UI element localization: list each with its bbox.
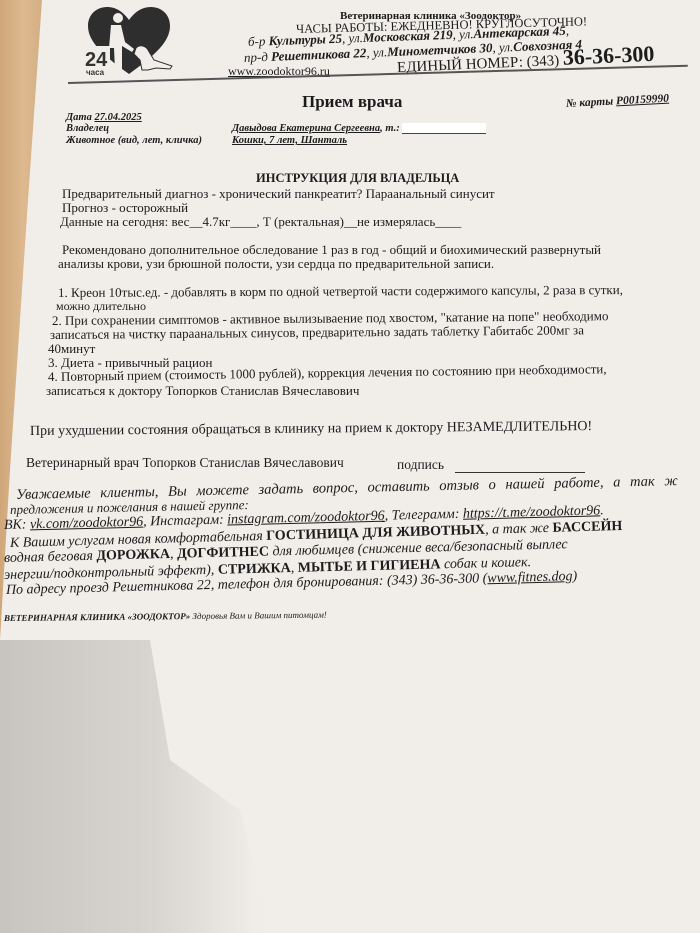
instruction-item: записаться к доктору Топорков Станислав …	[46, 383, 359, 399]
vet-name: Ветеринарный врач Топорков Станислав Вяч…	[26, 455, 344, 471]
svg-text:часа: часа	[86, 68, 105, 76]
animal-label: Животное (вид, лет, кличка)	[66, 135, 202, 146]
fitnes-dog-link[interactable]: www.fitnes.dog	[487, 569, 573, 586]
telegram-link[interactable]: https://t.me/zoodoktor96	[463, 503, 601, 521]
recommendation-line: анализы крови, узи брюшной полости, узи …	[58, 256, 494, 272]
vk-link[interactable]: vk.com/zoodoktor96	[30, 515, 143, 533]
signature-label: подпись	[397, 457, 444, 473]
today-data: Данные на сегодня: вес__4.7кг____, Т (ре…	[60, 214, 461, 230]
visit-date: Дата 27.04.2025	[66, 112, 142, 123]
animal-value: Кошки, 7 лет, Шанталь	[232, 135, 347, 146]
signature-line	[455, 472, 585, 473]
document-title: Прием врача	[302, 92, 402, 112]
instagram-link[interactable]: instagram.com/zoodoktor96	[227, 509, 385, 528]
owner-value: Давыдова Екатерина Сергеевна, т.:	[232, 123, 486, 134]
redacted-phone	[402, 123, 486, 134]
clinic-heart-logo-icon: 24 часа	[84, 4, 174, 76]
instructions-heading: ИНСТРУКЦИЯ ДЛЯ ВЛАДЕЛЬЦА	[256, 171, 459, 186]
owner-label: Владелец	[66, 123, 109, 134]
